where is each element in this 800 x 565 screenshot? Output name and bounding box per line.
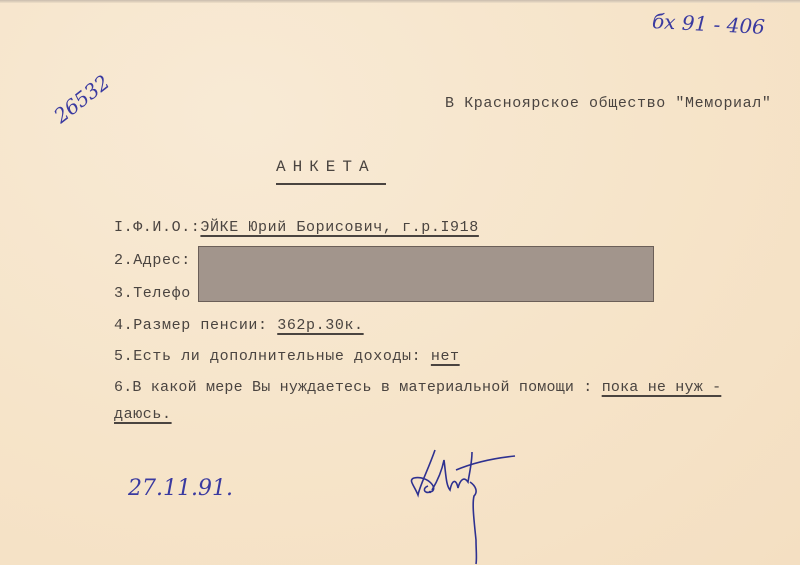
redaction-box: [198, 246, 654, 302]
field-2-label: 2.Адрес:: [114, 252, 191, 269]
field-1-value: ЭЙКЕ Юрий Борисович, г.р.I918: [200, 219, 478, 236]
field-4-value: 362р.30к.: [277, 317, 363, 334]
paper-edge: [0, 0, 800, 3]
field-5-label: 5.Есть ли дополнительные доходы:: [114, 348, 421, 365]
signature: [400, 440, 530, 565]
field-6-value-cont: даюсь.: [114, 406, 172, 423]
field-6-value: пока не нуж -: [602, 379, 722, 396]
field-5-value: нет: [431, 348, 460, 365]
field-4: 4.Размер пенсии: 362р.30к.: [114, 317, 364, 334]
field-2: 2.Адрес:: [114, 252, 191, 269]
addressee: В Красноярское общество "Мемориал": [445, 95, 771, 112]
field-6-label: 6.В какой мере Вы нуждаетесь в материаль…: [114, 379, 592, 396]
field-6-continuation: даюсь.: [114, 406, 172, 423]
field-6: 6.В какой мере Вы нуждаетесь в материаль…: [114, 379, 721, 396]
field-3-label: 3.Телефо: [114, 285, 191, 302]
field-5: 5.Есть ли дополнительные доходы: нет: [114, 348, 460, 365]
field-1: I.Ф.И.О.:ЭЙКЕ Юрий Борисович, г.р.I918: [114, 219, 479, 236]
title-underline: [276, 183, 386, 185]
field-3: 3.Телефо: [114, 285, 191, 302]
field-1-label: I.Ф.И.О.:: [114, 219, 200, 236]
date: 27.11.91.: [128, 476, 233, 501]
field-4-label: 4.Размер пенсии:: [114, 317, 268, 334]
form-title: АНКЕТА: [276, 158, 376, 176]
